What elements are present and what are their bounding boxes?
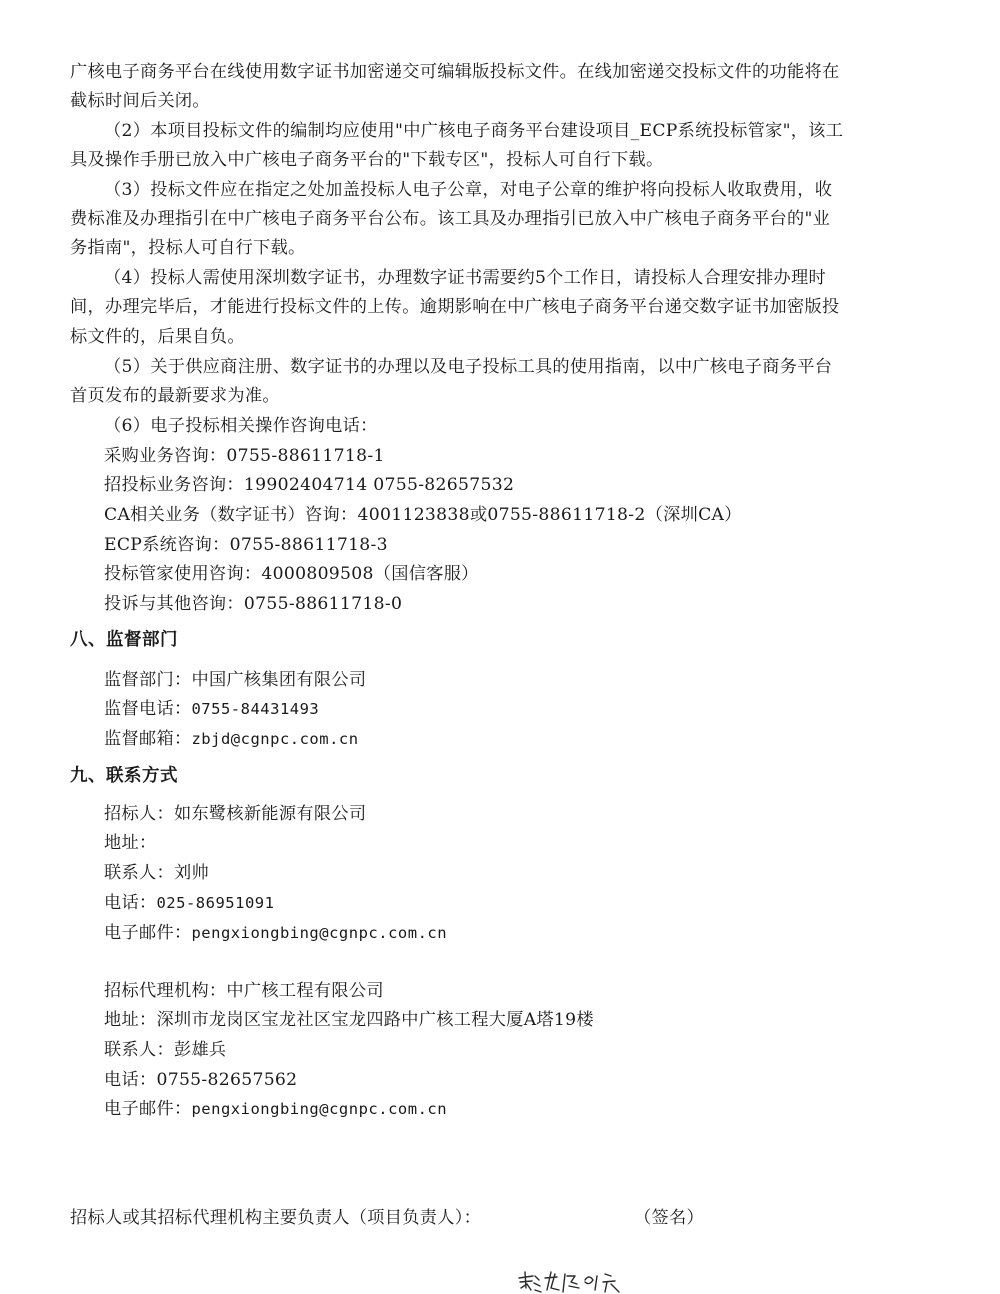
consult-value: 19902404714 0755-82657532 xyxy=(244,475,514,495)
field-label: 监督邮箱： xyxy=(104,729,191,749)
agency-phone-row: 电话：0755-82657562 xyxy=(104,1069,297,1091)
item-number: （6） xyxy=(104,416,150,436)
signature-label: 招标人或其招标代理机构主要负责人（项目负责人）： xyxy=(70,1207,481,1229)
supervision-email-link[interactable]: zbjd@cgnpc.com.cn xyxy=(191,730,358,748)
intro-line-1: 广核电子商务平台在线使用数字证书加密递交可编辑版投标文件。在线加密递交投标文件的… xyxy=(70,61,839,83)
field-label: 招标代理机构： xyxy=(104,981,226,1001)
field-label: 联系人： xyxy=(104,863,174,883)
item-4-line-3: 标文件的，后果自负。 xyxy=(70,326,245,348)
consult-value: 4000809508（国信客服） xyxy=(261,564,478,584)
document-page: 广核电子商务平台在线使用数字证书加密递交可编辑版投标文件。在线加密递交投标文件的… xyxy=(0,0,1000,1294)
field-value: 0755-82657562 xyxy=(156,1070,297,1090)
item-6-line-1: （6）电子投标相关操作咨询电话： xyxy=(104,415,378,437)
section-9-heading: 九、联系方式 xyxy=(70,765,178,787)
field-label: 监督部门： xyxy=(104,670,191,690)
item-number: （5） xyxy=(104,357,150,377)
field-label: 联系人： xyxy=(104,1040,174,1060)
field-value: 刘帅 xyxy=(174,863,209,883)
field-label: 电子邮件： xyxy=(104,1099,191,1119)
agency-email-link[interactable]: pengxiongbing@cgnpc.com.cn xyxy=(191,1100,447,1118)
item-2-line-2: 具及操作手册已放入中广核电子商务平台的"下载专区"，投标人可自行下载。 xyxy=(70,149,664,171)
item-3-line-2: 费标准及办理指引在中广核电子商务平台公布。该工具及办理指引已放入中广核电子商务平… xyxy=(70,208,830,230)
item-number: （4） xyxy=(104,268,150,288)
consult-row-procurement: 采购业务咨询：0755-88611718-1 xyxy=(104,445,385,467)
item-5-line-2: 首页发布的最新要求为准。 xyxy=(70,385,280,407)
tenderer-email-row: 电子邮件：pengxiongbing@cgnpc.com.cn xyxy=(104,922,447,944)
field-value: 中广核工程有限公司 xyxy=(226,981,383,1001)
consult-row-bid-manager: 投标管家使用咨询：4000809508（国信客服） xyxy=(104,563,479,585)
item-4-line-1: （4）投标人需使用深圳数字证书，办理数字证书需要约5个工作日，请投标人合理安排办… xyxy=(104,267,826,289)
field-label: 电话： xyxy=(104,1070,156,1090)
handwritten-signature xyxy=(515,1266,625,1294)
consult-value: 0755-88611718-0 xyxy=(244,594,402,614)
supervision-email-row: 监督邮箱：zbjd@cgnpc.com.cn xyxy=(104,728,359,750)
consult-value: 0755-88611718-3 xyxy=(230,535,388,555)
consult-label: 投诉与其他咨询： xyxy=(104,594,244,614)
item-4-line-2: 间，办理完毕后，才能进行投标文件的上传。逾期影响在中广核电子商务平台递交数字证书… xyxy=(70,296,839,318)
consult-label: 采购业务咨询： xyxy=(104,446,226,466)
consult-row-ecp: ECP系统咨询：0755-88611718-3 xyxy=(104,534,388,556)
field-label: 监督电话： xyxy=(104,699,191,719)
consult-value: 0755-88611718-1 xyxy=(226,446,384,466)
tenderer-contact-row: 联系人：刘帅 xyxy=(104,862,209,884)
field-label: 电话： xyxy=(104,893,156,913)
sign-hint: （签名） xyxy=(634,1207,704,1229)
item-2-line-1: （2）本项目投标文件的编制均应使用"中广核电子商务平台建设项目_ECP系统投标管… xyxy=(104,120,843,142)
consult-label: CA相关业务（数字证书）咨询： xyxy=(104,505,358,525)
tenderer-address-row: 地址： xyxy=(104,832,156,854)
field-value: 深圳市龙岗区宝龙社区宝龙四路中广核工程大厦A塔19楼 xyxy=(156,1010,593,1030)
consult-row-bidding: 招投标业务咨询：19902404714 0755-82657532 xyxy=(104,474,514,496)
consult-row-ca: CA相关业务（数字证书）咨询：4001123838或0755-88611718-… xyxy=(104,504,742,526)
item-5-line-1: （5）关于供应商注册、数字证书的办理以及电子投标工具的使用指南，以中广核电子商务… xyxy=(104,356,832,378)
field-label: 电子邮件： xyxy=(104,923,191,943)
consult-value: 4001123838或0755-88611718-2（深圳CA） xyxy=(358,505,742,525)
consult-label: 招投标业务咨询： xyxy=(104,475,244,495)
intro-line-2: 截标时间后关闭。 xyxy=(70,90,210,112)
section-8-heading: 八、监督部门 xyxy=(70,629,178,651)
supervision-dept-row: 监督部门：中国广核集团有限公司 xyxy=(104,669,366,691)
item-number: （3） xyxy=(104,180,150,200)
agency-contact-row: 联系人：彭雄兵 xyxy=(104,1039,226,1061)
consult-label: 投标管家使用咨询： xyxy=(104,564,261,584)
field-value: 0755-84431493 xyxy=(191,700,319,718)
tenderer-email-link[interactable]: pengxiongbing@cgnpc.com.cn xyxy=(191,924,447,942)
field-value: 如东鹭核新能源有限公司 xyxy=(174,804,366,824)
supervision-phone-row: 监督电话：0755-84431493 xyxy=(104,698,319,720)
agency-email-row: 电子邮件：pengxiongbing@cgnpc.com.cn xyxy=(104,1098,447,1120)
consult-label: ECP系统咨询： xyxy=(104,535,230,555)
item-3-line-1: （3）投标文件应在指定之处加盖投标人电子公章，对电子公章的维护将向投标人收取费用… xyxy=(104,179,832,201)
field-label: 地址： xyxy=(104,1010,156,1030)
field-value: 中国广核集团有限公司 xyxy=(191,670,366,690)
field-value: 彭雄兵 xyxy=(174,1040,226,1060)
field-label: 招标人： xyxy=(104,804,174,824)
agency-address-row: 地址：深圳市龙岗区宝龙社区宝龙四路中广核工程大厦A塔19楼 xyxy=(104,1009,594,1031)
consult-row-complaint: 投诉与其他咨询：0755-88611718-0 xyxy=(104,593,402,615)
field-label: 地址： xyxy=(104,833,156,853)
tenderer-phone-row: 电话：025-86951091 xyxy=(104,892,274,914)
field-value: 025-86951091 xyxy=(156,894,274,912)
item-3-line-3: 务指南"，投标人可自行下载。 xyxy=(70,237,306,259)
item-number: （2） xyxy=(104,121,150,141)
agency-name-row: 招标代理机构：中广核工程有限公司 xyxy=(104,980,384,1002)
tenderer-name-row: 招标人：如东鹭核新能源有限公司 xyxy=(104,803,366,825)
